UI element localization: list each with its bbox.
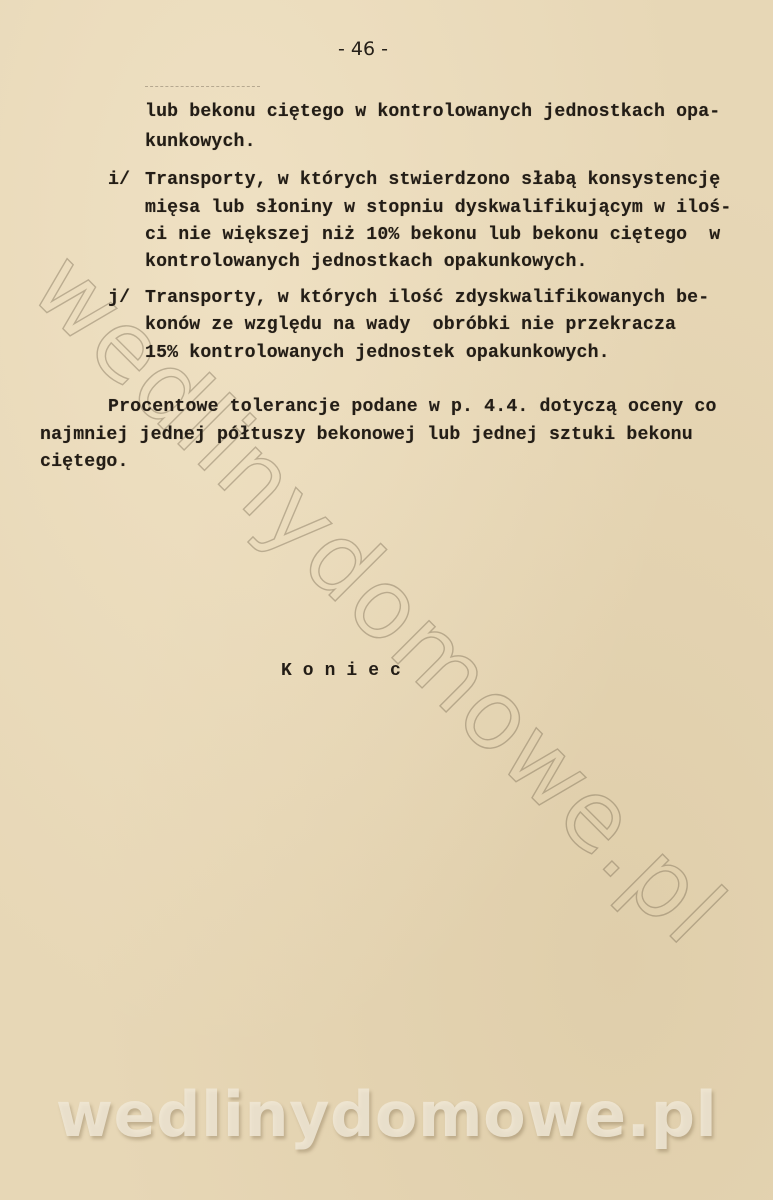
page-number: - 46 -	[338, 38, 388, 60]
footer-watermark: wedlinydomowe.pl	[0, 1078, 773, 1151]
item-i-line-3: ci nie większej niż 10% bekonu lub bekon…	[145, 225, 720, 245]
paragraph-line-2: najmniej jednej półtuszy bekonowej lub j…	[40, 425, 693, 445]
item-j-line-2: konów ze względu na wady obróbki nie prz…	[145, 315, 676, 335]
paragraph-line-3: ciętego.	[40, 452, 129, 472]
continuation-line-2: kunkowych.	[145, 132, 256, 152]
continuation-line-1: lub bekonu ciętego w kontrolowanych jedn…	[145, 102, 720, 122]
ending-koniec: Koniec	[281, 661, 412, 681]
item-i-line-2: mięsa lub słoniny w stopniu dyskwalifiku…	[145, 198, 731, 218]
item-j-line-1: Transporty, w których ilość zdyskwalifik…	[145, 288, 709, 308]
item-i-line-4: kontrolowanych jednostkach opakunkowych.	[145, 252, 588, 272]
item-j-marker: j/	[108, 288, 130, 308]
faint-dashed-rule	[145, 86, 260, 88]
paragraph-line-1: Procentowe tolerancje podane w p. 4.4. d…	[108, 397, 717, 417]
item-i-marker: i/	[108, 170, 130, 190]
document-page: wedlinydomowe.pl - 46 - lub bekonu cięte…	[0, 0, 773, 1200]
diagonal-watermark: wedlinydomowe.pl	[11, 230, 747, 966]
item-j-line-3: 15% kontrolowanych jednostek opakunkowyc…	[145, 343, 610, 363]
item-i-line-1: Transporty, w których stwierdzono słabą …	[145, 170, 720, 190]
